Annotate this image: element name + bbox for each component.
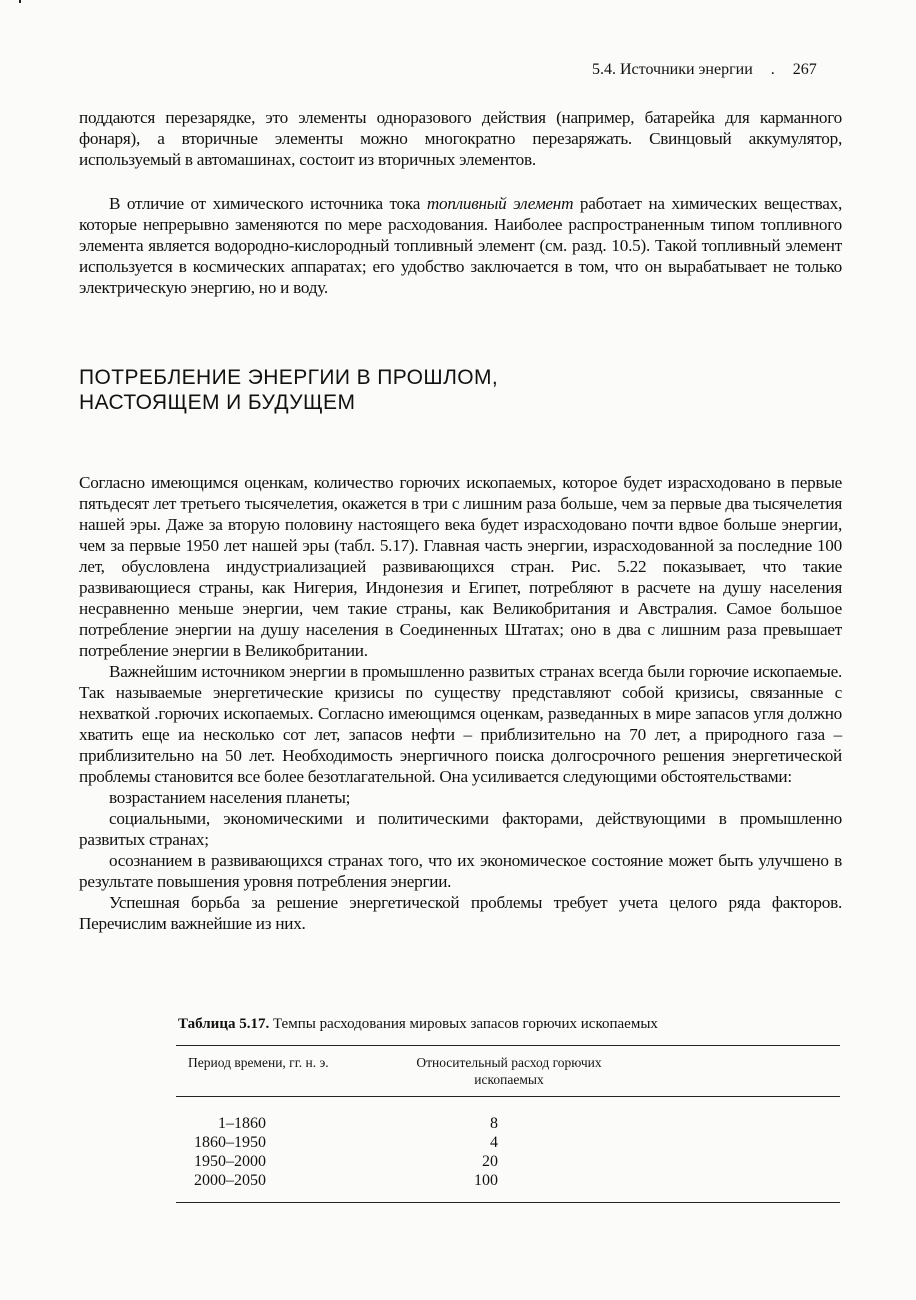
main-text: Согласно имеющимся оценкам, количество г…: [79, 472, 842, 934]
caption-label: Таблица 5.17.: [178, 1016, 269, 1032]
caption-text: Темпы расходования мировых запасов горюч…: [269, 1016, 658, 1032]
paragraph: Согласно имеющимся оценкам, количество г…: [79, 472, 842, 661]
cell-value: 100: [456, 1171, 498, 1191]
text-run: В отличие от химического источника тока: [109, 194, 427, 213]
list-item: осознанием в развивающихся странах того,…: [79, 850, 842, 892]
paragraph: поддаются перезарядке, это элементы одно…: [79, 107, 842, 170]
paragraph-continued: поддаются перезарядке, это элементы одно…: [79, 107, 842, 170]
page-number: 267: [793, 60, 817, 80]
paragraph: Успешная борьба за решение энергетическо…: [79, 892, 842, 934]
table-rule-header: [176, 1096, 840, 1097]
section-title: 5.4. Источники энергии: [592, 60, 753, 80]
list-item: социальными, экономическими и политическ…: [79, 808, 842, 850]
cell-period: 1860–1950: [176, 1133, 266, 1153]
cell-period: 2000–2050: [176, 1171, 266, 1191]
scan-mark: [19, 0, 21, 3]
cell-value: 8: [456, 1114, 498, 1134]
cell-value: 20: [456, 1152, 498, 1172]
section-heading: ПОТРЕБЛЕНИЕ ЭНЕРГИИ В ПРОШЛОМ, НАСТОЯЩЕМ…: [79, 365, 498, 415]
table-row: 2000–2050 100: [176, 1171, 576, 1191]
paragraph-fuel-cell: В отличие от химического источника тока …: [79, 193, 842, 298]
paragraph: В отличие от химического источника тока …: [79, 193, 842, 298]
table-rule-top: [176, 1045, 840, 1046]
table-rule-bottom: [176, 1202, 840, 1203]
italic-term: топливный элемент: [427, 194, 573, 213]
column-header-text: Относительный расход горючих ископаемых: [398, 1054, 620, 1088]
column-header-period: Период времени, гг. н. э.: [188, 1054, 329, 1071]
cell-period: 1950–2000: [176, 1152, 266, 1172]
table-row: 1950–2000 20: [176, 1152, 576, 1172]
table-caption: Таблица 5.17. Темпы расходования мировых…: [178, 1014, 658, 1034]
column-header-consumption: Относительный расход горючих ископаемых: [398, 1054, 620, 1088]
running-head: 5.4. Источники энергии.267: [592, 60, 842, 80]
cell-period: 1–1860: [176, 1114, 266, 1134]
table-row: 1860–1950 4: [176, 1133, 576, 1153]
heading-line: ПОТРЕБЛЕНИЕ ЭНЕРГИИ В ПРОШЛОМ,: [79, 366, 498, 389]
cell-value: 4: [456, 1133, 498, 1153]
heading-line: НАСТОЯЩЕМ И БУДУЩЕМ: [79, 391, 355, 414]
separator: .: [771, 60, 775, 80]
table-row: 1–1860 8: [176, 1114, 576, 1134]
paragraph: Важнейшим источником энергии в промышлен…: [79, 661, 842, 787]
list-item: возрастанием населения планеты;: [79, 787, 842, 808]
